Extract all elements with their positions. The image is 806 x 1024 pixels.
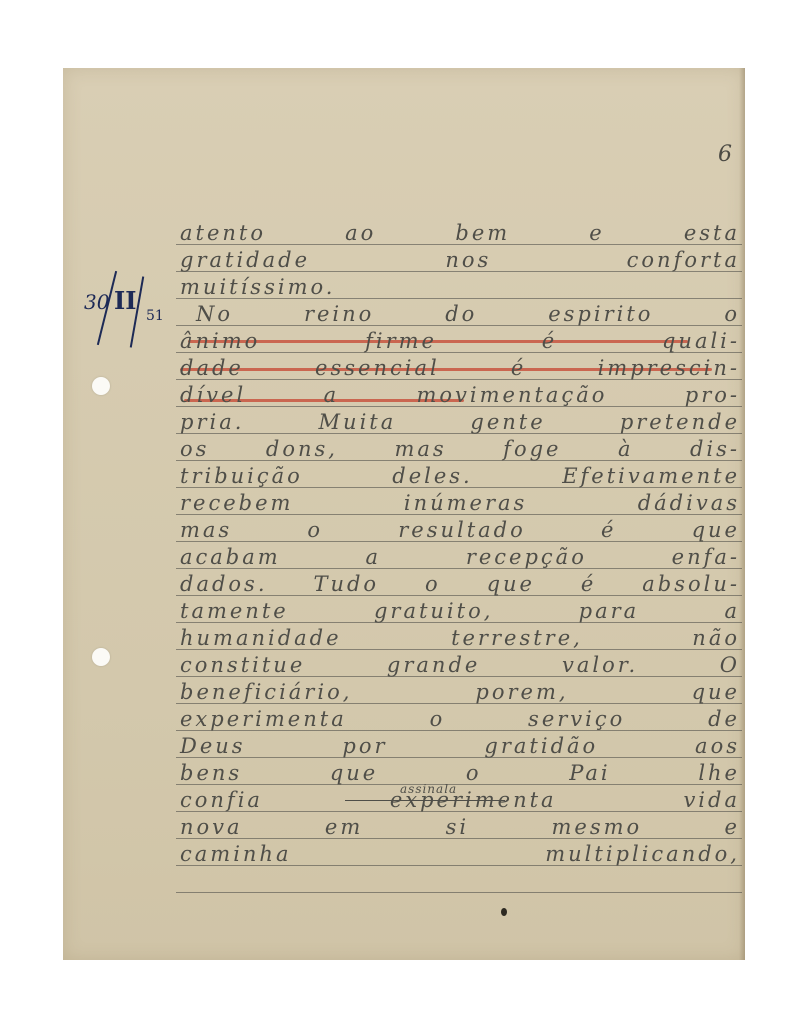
strikethrough (345, 800, 505, 801)
margin-date: 30 II 51 (84, 268, 164, 348)
manuscript-line: pria. Muita gente pretende (180, 409, 740, 435)
manuscript-line: os dons, mas foge à dis- (180, 436, 740, 462)
manuscript-line: atento ao bem e esta (180, 220, 740, 246)
manuscript-line: dade essencial é imprescin- (180, 355, 740, 381)
ink-spot (501, 908, 507, 916)
rule-line (176, 892, 742, 893)
manuscript-line: tribuição deles. Efetivamente (180, 463, 740, 489)
page-number: 6 (718, 142, 732, 167)
manuscript-line: mas o resultado é que (180, 517, 740, 543)
punch-hole-top (92, 377, 110, 395)
manuscript-line: recebem inúmeras dádivas (180, 490, 740, 516)
manuscript-line: Deus por gratidão aos (180, 733, 740, 759)
manuscript-line: dível a movimentação pro- (180, 382, 740, 408)
manuscript-line: experimenta o serviço de (180, 706, 740, 732)
manuscript-line: bens que o Pai lhe (180, 760, 740, 786)
manuscript-line: acabam a recepção enfa- (180, 544, 740, 570)
manuscript-line: tamente gratuito, para a (180, 598, 740, 624)
inserted-word: assinala (400, 782, 457, 796)
punch-hole-bottom (92, 648, 110, 666)
manuscript-line: muitíssimo. (180, 274, 740, 300)
manuscript-line: humanidade terrestre, não (180, 625, 740, 651)
manuscript-line: constitue grande valor. O (180, 652, 740, 678)
manuscript-line: nova em si mesmo e (180, 814, 740, 840)
manuscript-line: beneficiário, porem, que (180, 679, 740, 705)
manuscript-line: gratidade nos conforta (180, 247, 740, 273)
margin-date-year: 51 (146, 308, 164, 324)
manuscript-line: ânimo firme é quali- (180, 328, 740, 354)
margin-date-month: II (114, 286, 136, 315)
manuscript-line: caminha multiplicando, (180, 841, 740, 867)
manuscript-line: No reino do espirito o (196, 301, 740, 327)
manuscript-line: dados. Tudo o que é absolu- (180, 571, 740, 597)
